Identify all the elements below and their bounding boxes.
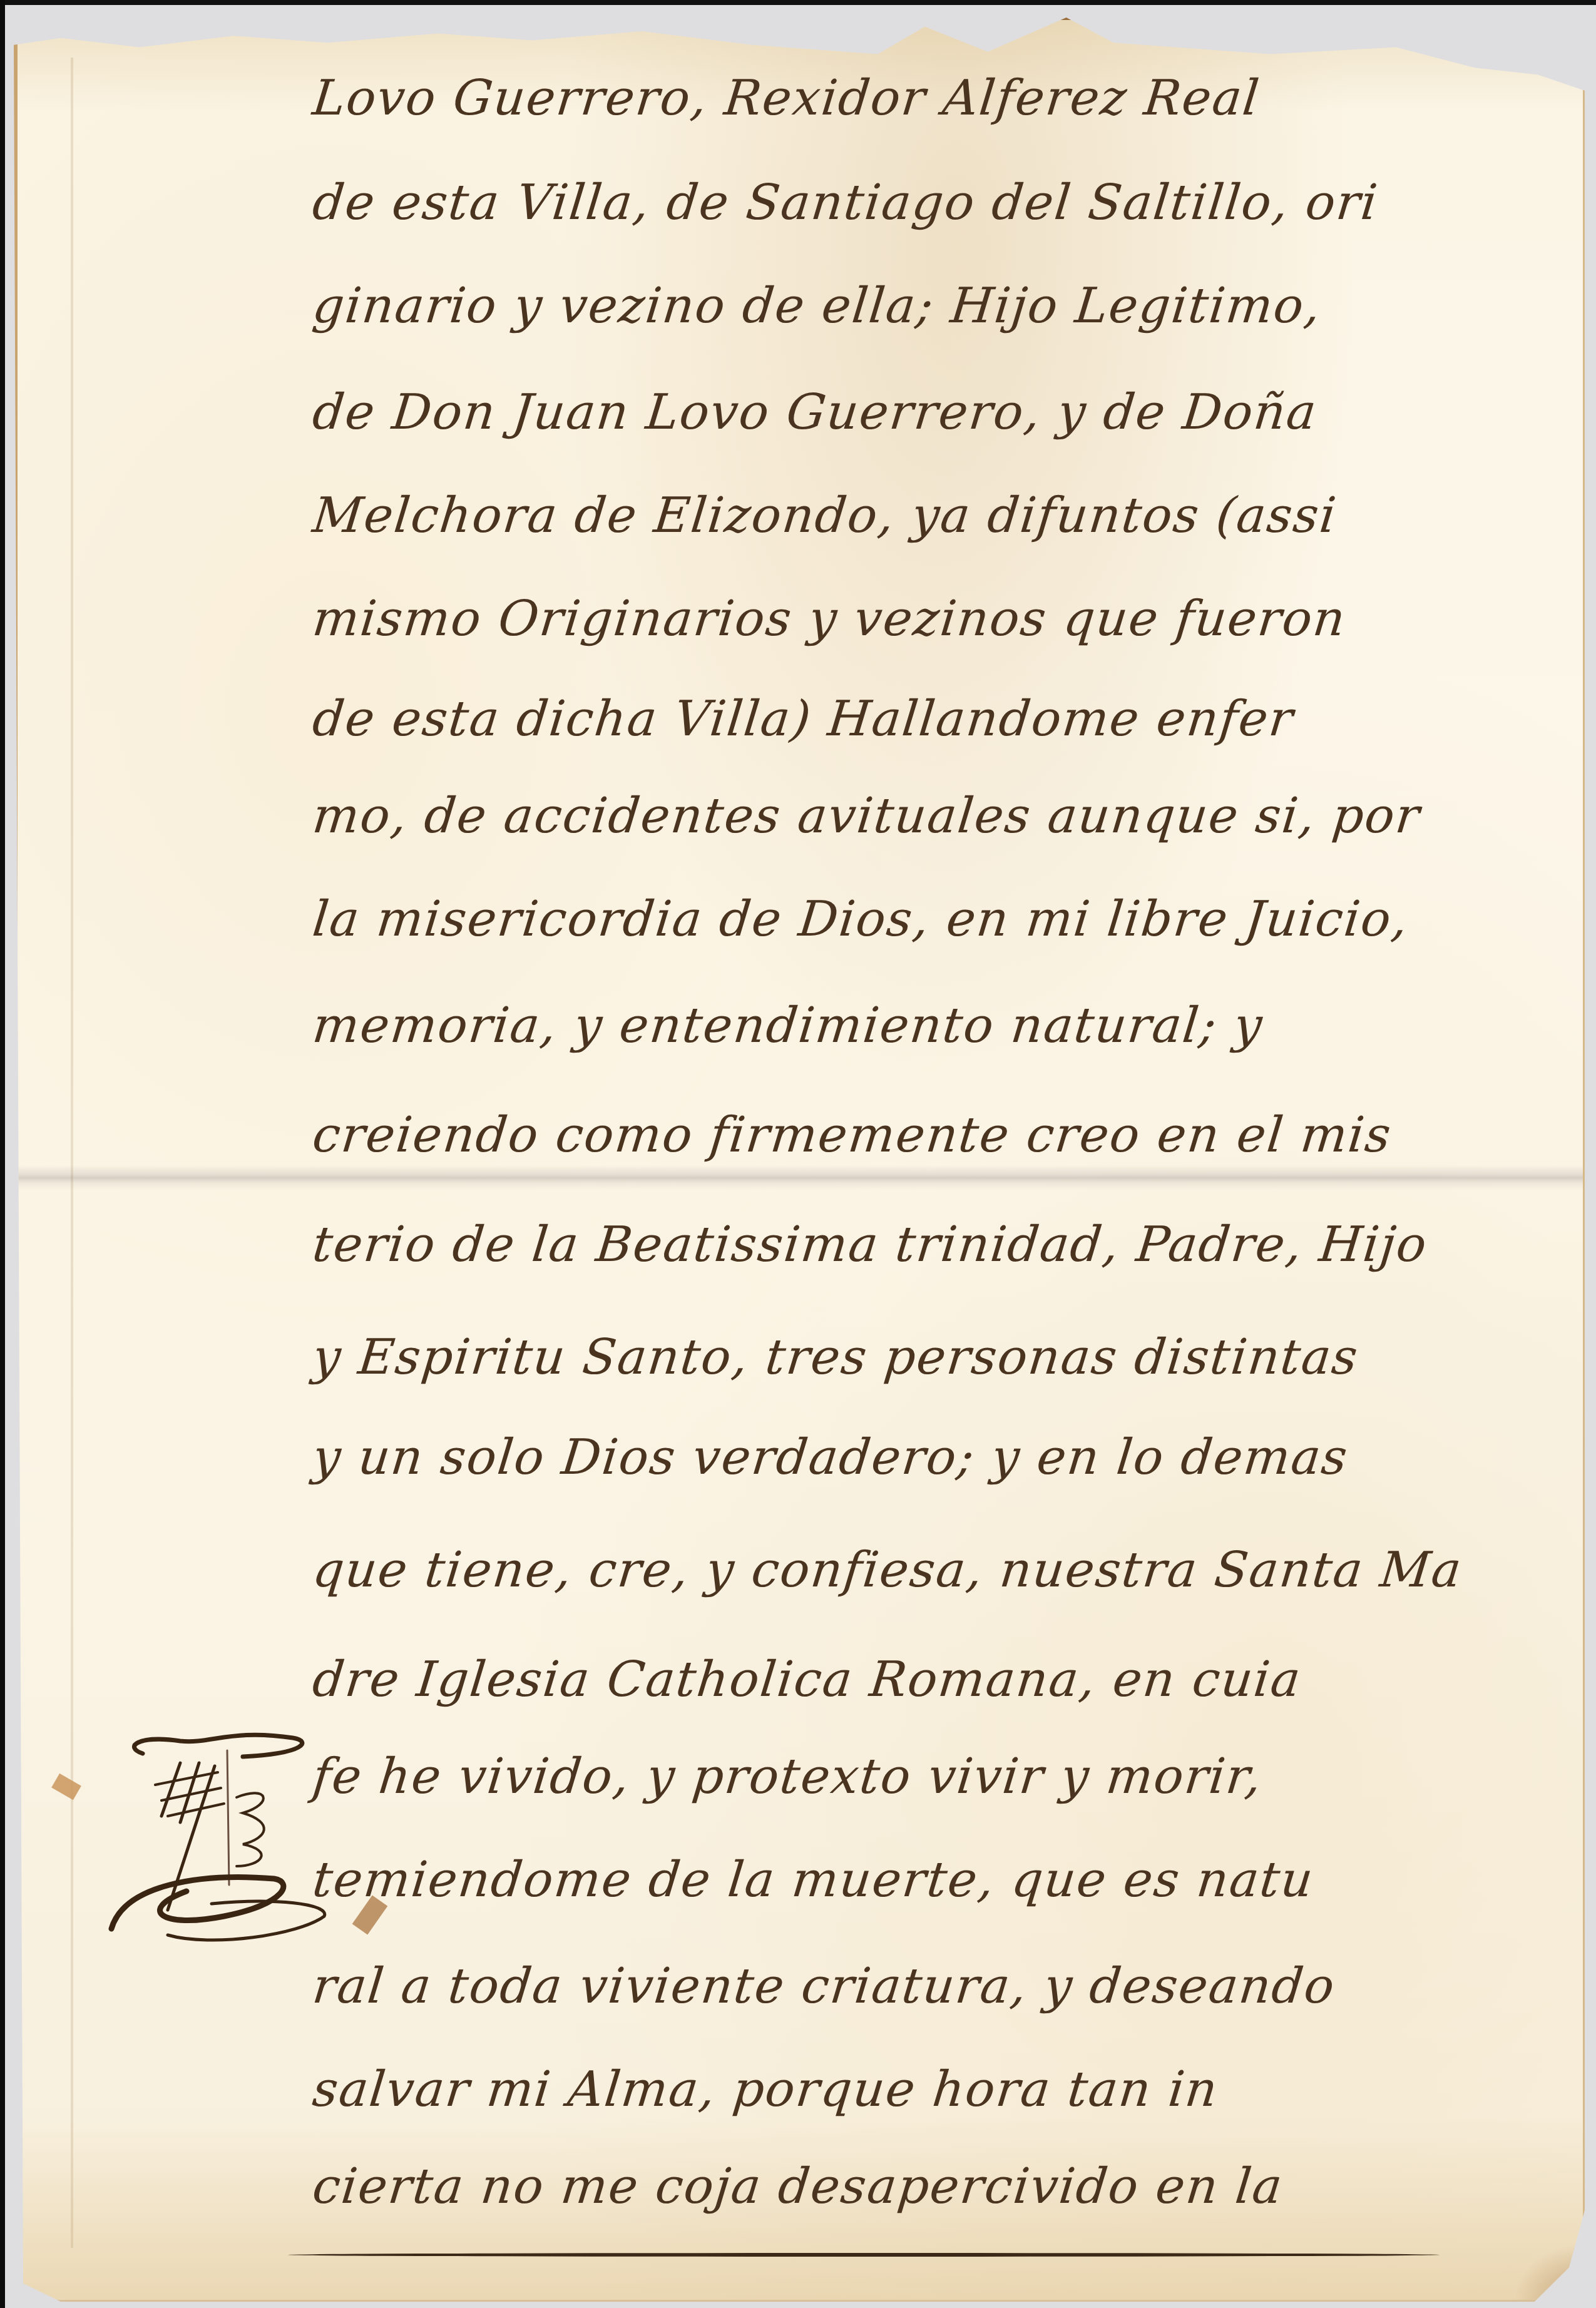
scanned-document: Lovo Guerrero, Rexidor Alferez Real de e… — [0, 0, 1596, 2308]
text-line: Lovo Guerrero, Rexidor Alferez Real — [310, 74, 1262, 123]
text-line: mismo Originarios y vezinos que fueron — [310, 595, 1349, 643]
text-line: cierta no me coja desapercivido en la — [310, 2162, 1286, 2211]
text-line: y Espiritu Santo, tres personas distinta… — [310, 1333, 1361, 1382]
scanner-left-edge — [0, 0, 5, 2308]
text-line: de Don Juan Lovo Guerrero, y de Doña — [310, 388, 1319, 437]
text-line: Melchora de Elizondo, ya difuntos (assi — [310, 491, 1339, 540]
signature-rubric-icon — [86, 1703, 337, 1954]
text-line: dre Iglesia Catholica Romana, en cuia — [310, 1655, 1304, 1704]
text-line: fe he vivido, y protexto vivir y morir, — [310, 1752, 1265, 1801]
text-line: ral a toda viviente criatura, y deseando — [310, 1962, 1338, 2011]
text-line: mo, de accidentes avituales aunque si, p… — [310, 792, 1423, 840]
text-line: de esta dicha Villa) Hallandome enfer — [310, 695, 1296, 743]
horizontal-fold-crease — [18, 1165, 1583, 1190]
text-line: salvar mi Alma, porque hora tan in — [310, 2065, 1220, 2114]
text-line: de esta Villa, de Santiago del Saltillo,… — [310, 178, 1381, 227]
binding-fold — [71, 58, 73, 2248]
text-line: creiendo como firmemente creo en el mis — [310, 1111, 1394, 1160]
text-line: ginario y vezino de ella; Hijo Legitimo, — [310, 282, 1324, 330]
text-line: que tiene, cre, y confiesa, nuestra Sant… — [310, 1546, 1465, 1595]
rubric-flourish-icon — [86, 1703, 337, 1954]
text-line: terio de la Beatissima trinidad, Padre, … — [310, 1220, 1430, 1269]
text-line: y un solo Dios verdadero; y en lo demas — [310, 1433, 1351, 1482]
corner-stain — [1514, 2244, 1583, 2300]
text-line: la misericordia de Dios, en mi libre Jui… — [310, 895, 1411, 944]
closing-rule-line — [288, 2253, 1440, 2257]
paper-damage-patch — [51, 1774, 81, 1800]
text-line: temiendome de la muerte, que es natu — [310, 1856, 1316, 1904]
text-line: memoria, y entendimiento natural; y — [310, 1001, 1266, 1050]
scanner-top-edge — [0, 0, 1596, 5]
